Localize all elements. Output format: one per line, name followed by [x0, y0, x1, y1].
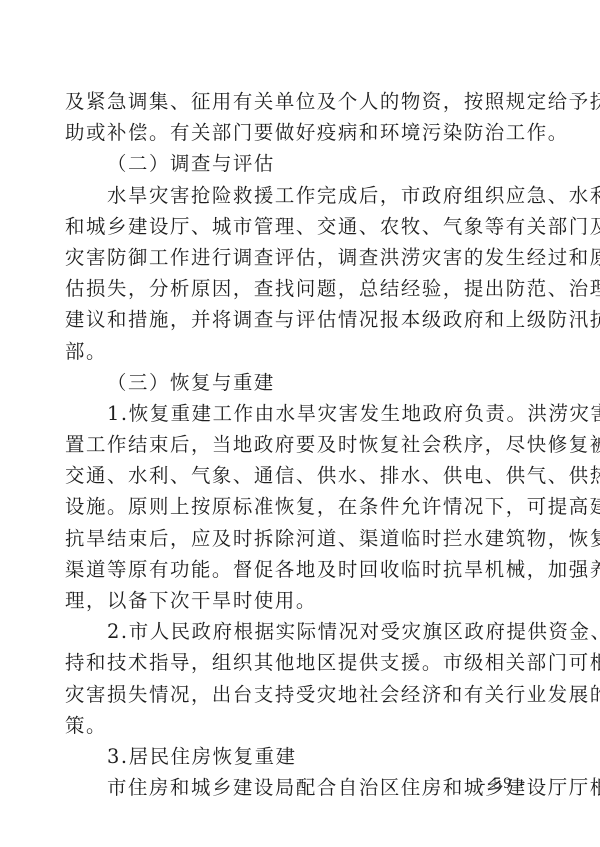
page-number: - 59 -	[480, 775, 527, 793]
paragraph-line: 灾害防御工作进行调查评估，调查洪涝灾害的发生经过和原因，评	[65, 242, 528, 273]
paragraph-line: 估损失，分析原因，查找问题，总结经验，提出防范、治理、改进	[65, 273, 528, 304]
paragraph-line: 策。	[65, 710, 528, 741]
paragraph-line: 设施。原则上按原标准恢复，在条件允许情况下，可提高建设标准。	[65, 491, 528, 522]
paragraph-line: 和城乡建设厅、城市管理、交通、农牧、气象等有关部门及专家对	[65, 211, 528, 242]
paragraph-line: 置工作结束后，当地政府要及时恢复社会秩序，尽快修复被损坏的	[65, 429, 528, 460]
paragraph-line: 助或补偿。有关部门要做好疫病和环境污染防治工作。	[65, 117, 528, 148]
paragraph-line: 渠道等原有功能。督促各地及时回收临时抗旱机械，加强养护和管	[65, 554, 528, 585]
section-heading-investigation: （二）调查与评估	[65, 148, 528, 179]
paragraph-line: 部。	[65, 336, 528, 367]
paragraph-line: 建议和措施，并将调查与评估情况报本级政府和上级防汛抗旱指挥	[65, 304, 528, 335]
paragraph-line: 抗旱结束后，应及时拆除河道、渠道临时拦水建筑物，恢复河道、	[65, 523, 528, 554]
document-page: 及紧急调集、征用有关单位及个人的物资，按照规定给予抚恤、补 助或补偿。有关部门要…	[0, 0, 600, 847]
section-heading-recovery: （三）恢复与重建	[65, 367, 528, 398]
document-body: 及紧急调集、征用有关单位及个人的物资，按照规定给予抚恤、补 助或补偿。有关部门要…	[65, 86, 528, 803]
paragraph-line: 1.恢复重建工作由水旱灾害发生地政府负责。洪涝灾害应急处	[65, 398, 528, 429]
paragraph-line: 灾害损失情况，出台支持受灾地社会经济和有关行业发展的优惠政	[65, 679, 528, 710]
paragraph-line: 及紧急调集、征用有关单位及个人的物资，按照规定给予抚恤、补	[65, 86, 528, 117]
subsection-heading-housing: 3.居民住房恢复重建	[65, 741, 528, 772]
paragraph-line: 市住房和城乡建设局配合自治区住房和城乡建设厅厅根据各	[65, 772, 528, 803]
paragraph-line: 交通、水利、气象、通信、供水、排水、供电、供气、供热等公共	[65, 460, 528, 491]
paragraph-line: 2.市人民政府根据实际情况对受灾旗区政府提供资金、物资支	[65, 616, 528, 647]
paragraph-line: 持和技术指导，组织其他地区提供支援。市级相关部门可根据水旱	[65, 647, 528, 678]
paragraph-line: 水旱灾害抢险救援工作完成后，市政府组织应急、水利、住房	[65, 180, 528, 211]
paragraph-line: 理，以备下次干旱时使用。	[65, 585, 528, 616]
